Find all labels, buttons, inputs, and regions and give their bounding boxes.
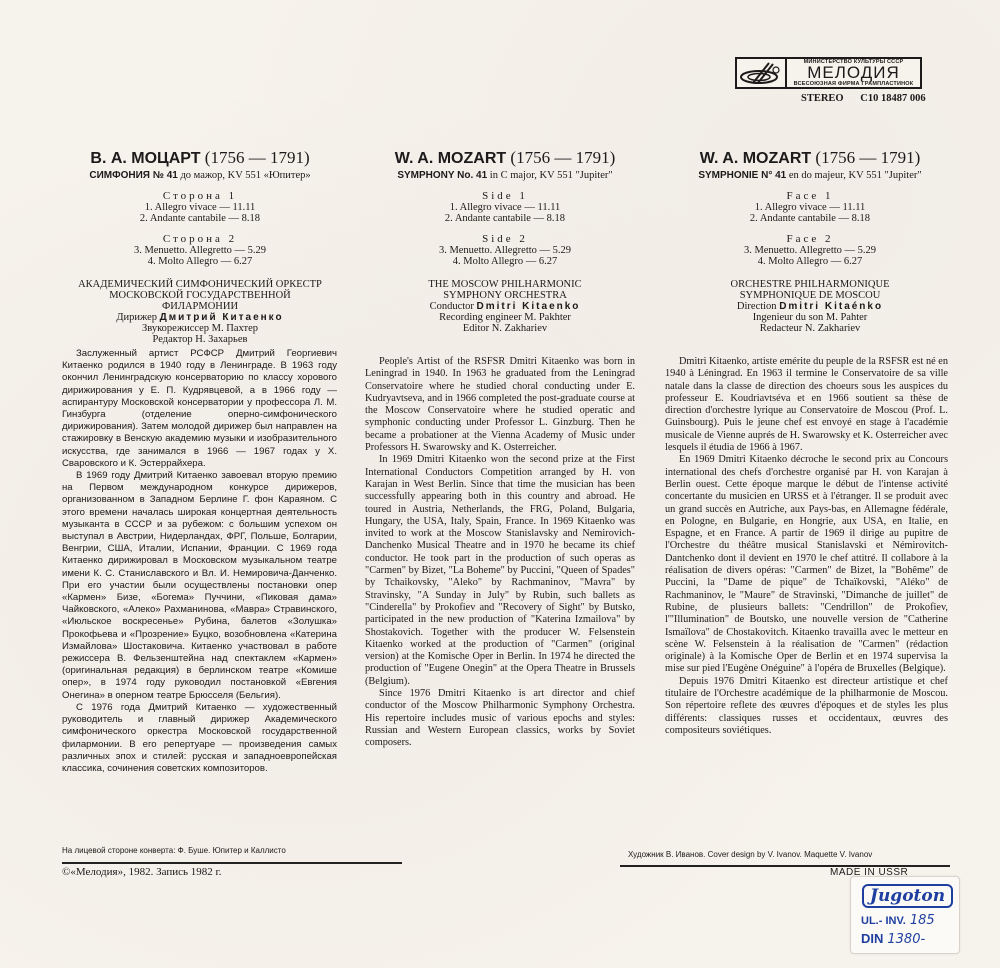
engineer-line: Звукорежиссер М. Пахтер <box>58 323 342 334</box>
work-key: in C major, KV 551 "Jupiter" <box>487 170 613 181</box>
orchestra-line: МОСКОВСКОЙ ГОСУДАРСТВЕННОЙ <box>58 290 342 301</box>
logo-brand-name: МЕЛОДИЯ <box>807 65 900 81</box>
engineer-line: Recording engineer M. Pakhter <box>370 312 640 323</box>
side-1-heading: Сторона 1 <box>58 190 342 202</box>
bio-paragraph: Depuis 1976 Dmitri Kitaenko est directeu… <box>665 676 948 737</box>
catalog-number: C10 18487 006 <box>860 93 925 104</box>
bio-paragraph: People's Artist of the RSFSR Dmitri Kita… <box>365 356 635 454</box>
work-title: SYMPHONIE N° 41 en do majeur, KV 551 "Ju… <box>665 170 955 181</box>
conductor-label: Conductor <box>430 301 477 312</box>
conductor-label: Дирижер <box>116 312 159 323</box>
orchestra-line: АКАДЕМИЧЕСКИЙ СИМФОНИЧЕСКИЙ ОРКЕСТР <box>58 279 342 290</box>
logo-company-text: ВСЕСОЮЗНАЯ ФИРМА ГРАМПЛАСТИНОК <box>794 81 914 87</box>
conductor-name: Дмитрий Китаенко <box>160 312 284 323</box>
format-label: STEREO <box>801 93 844 104</box>
bio-paragraph: С 1976 года Дмитрий Китаенко — художеств… <box>62 702 337 775</box>
din-value: 1380- <box>887 932 925 947</box>
composer-heading: W. A. MOZART (1756 — 1791) <box>665 148 955 169</box>
track-item: 3. Menuetto. Allegretto — 5.29 <box>370 245 640 256</box>
bio-paragraph: Dmitri Kitaenko, artiste emérite du peup… <box>665 356 948 454</box>
orchestra-line: ORCHESTRE PHILHARMONIQUE <box>665 279 955 290</box>
column-french: W. A. MOZART (1756 — 1791)SYMPHONIE N° 4… <box>665 148 955 334</box>
orchestra-line: SYMPHONY ORCHESTRA <box>370 290 640 301</box>
conductor-line: Direction Dmitri Kitaénko <box>665 301 955 312</box>
orchestra-line: ФИЛАРМОНИИ <box>58 301 342 312</box>
work-title: СИМФОНИЯ № 41 до мажор, KV 551 «Юпитер» <box>58 170 342 181</box>
engineer-line: Ingenieur du son M. Pahter <box>665 312 955 323</box>
editor-line: Redacteur N. Zakhariev <box>665 323 955 334</box>
work-number: СИМФОНИЯ № 41 <box>89 170 177 181</box>
track-item: 1. Allegro vivace — 11.11 <box>665 202 955 213</box>
track-item: 3. Menuetto. Allegretto — 5.29 <box>665 245 955 256</box>
catalog-line: STEREO C10 18487 006 <box>801 93 926 104</box>
bio-paragraph: Since 1976 Dmitri Kitaenko is art direct… <box>365 688 635 749</box>
track-item: 2. Andante cantabile — 8.18 <box>665 213 955 224</box>
made-in-label: MADE IN USSR <box>830 867 908 876</box>
composer-heading: W. A. MOZART (1756 — 1791) <box>370 148 640 169</box>
track-item: 2. Andante cantabile — 8.18 <box>370 213 640 224</box>
composer-heading: В. А. МОЦАРТ (1756 — 1791) <box>58 148 342 169</box>
editor-line: Editor N. Zakhariev <box>370 323 640 334</box>
composer-years: (1756 — 1791) <box>205 148 310 167</box>
melodiya-logo: МИНИСТЕРСТВО КУЛЬТУРЫ СССР МЕЛОДИЯ ВСЕСО… <box>735 57 922 89</box>
orchestra-line: SYMPHONIQUE DE MOSCOU <box>665 290 955 301</box>
side-2-heading: Side 2 <box>370 233 640 245</box>
performers: ORCHESTRE PHILHARMONIQUESYMPHONIQUE DE M… <box>665 279 955 334</box>
din-label: DIN <box>861 931 883 946</box>
conductor-name: Dmitri Kitaenko <box>477 301 581 312</box>
orchestra-line: THE MOSCOW PHILHARMONIC <box>370 279 640 290</box>
performers: АКАДЕМИЧЕСКИЙ СИМФОНИЧЕСКИЙ ОРКЕСТРМОСКО… <box>58 279 342 345</box>
jugoton-sticker: Jugoton UL.- INV.185 DIN1380- <box>850 876 960 954</box>
bio-paragraph: Заслуженный артист РСФСР Дмитрий Георгие… <box>62 348 337 470</box>
composer-name: W. A. MOZART <box>395 150 506 167</box>
design-credit: Художник В. Иванов. Cover design by V. I… <box>628 850 872 859</box>
copyright-notice: ©«Мелодия», 1982. Запись 1982 г. <box>62 866 222 878</box>
track-item: 4. Molto Allegro — 6.27 <box>665 256 955 267</box>
column-russian: В. А. МОЦАРТ (1756 — 1791)СИМФОНИЯ № 41 … <box>58 148 342 345</box>
composer-years: (1756 — 1791) <box>815 148 920 167</box>
side-2-heading: Сторона 2 <box>58 233 342 245</box>
composer-years: (1756 — 1791) <box>510 148 615 167</box>
track-item: 3. Menuetto. Allegretto — 5.29 <box>58 245 342 256</box>
bio-paragraph: En 1969 Dmitri Kitaenko décroche le seco… <box>665 454 948 675</box>
inventory-label: UL.- INV. <box>861 915 906 927</box>
bio-paragraph: В 1969 году Дмитрий Китаенко завоевал вт… <box>62 470 337 702</box>
jugoton-brand: Jugoton <box>862 884 953 908</box>
din-row: DIN1380- <box>861 931 925 947</box>
column-english: W. A. MOZART (1756 — 1791)SYMPHONY No. 4… <box>370 148 640 334</box>
inventory-row: UL.- INV.185 <box>861 913 935 928</box>
side-2-heading: Face 2 <box>665 233 955 245</box>
performers: THE MOSCOW PHILHARMONICSYMPHONY ORCHESTR… <box>370 279 640 334</box>
record-emblem-icon <box>737 59 785 87</box>
divider-left <box>62 862 402 864</box>
track-item: 4. Molto Allegro — 6.27 <box>58 256 342 267</box>
editor-line: Редактор Н. Захарьев <box>58 334 342 345</box>
record-sleeve-back: МИНИСТЕРСТВО КУЛЬТУРЫ СССР МЕЛОДИЯ ВСЕСО… <box>0 0 1000 968</box>
conductor-line: Дирижер Дмитрий Китаенко <box>58 312 342 323</box>
work-key: en do majeur, KV 551 "Jupiter" <box>786 170 921 181</box>
track-item: 1. Allegro vivace — 11.11 <box>370 202 640 213</box>
track-item: 4. Molto Allegro — 6.27 <box>370 256 640 267</box>
side-1-heading: Side 1 <box>370 190 640 202</box>
work-title: SYMPHONY No. 41 in C major, KV 551 "Jupi… <box>370 170 640 181</box>
cover-note: На лицевой стороне конверта: Ф. Буше. Юп… <box>62 846 286 855</box>
bio-paragraph: In 1969 Dmitri Kitaenko won the second p… <box>365 454 635 688</box>
inventory-value: 185 <box>910 913 935 928</box>
side-1-heading: Face 1 <box>665 190 955 202</box>
conductor-line: Conductor Dmitri Kitaenko <box>370 301 640 312</box>
biography-french: Dmitri Kitaenko, artiste emérite du peup… <box>665 356 948 737</box>
composer-name: W. A. MOZART <box>700 150 811 167</box>
conductor-name: Dmitri Kitaénko <box>779 301 883 312</box>
work-number: SYMPHONY No. 41 <box>397 170 487 181</box>
work-number: SYMPHONIE N° 41 <box>698 170 786 181</box>
track-item: 2. Andante cantabile — 8.18 <box>58 213 342 224</box>
work-key: до мажор, KV 551 «Юпитер» <box>178 170 311 181</box>
conductor-label: Direction <box>737 301 779 312</box>
biography-russian: Заслуженный артист РСФСР Дмитрий Георгие… <box>62 348 337 775</box>
composer-name: В. А. МОЦАРТ <box>90 150 200 167</box>
biography-english: People's Artist of the RSFSR Dmitri Kita… <box>365 356 635 750</box>
track-item: 1. Allegro vivace — 11.11 <box>58 202 342 213</box>
